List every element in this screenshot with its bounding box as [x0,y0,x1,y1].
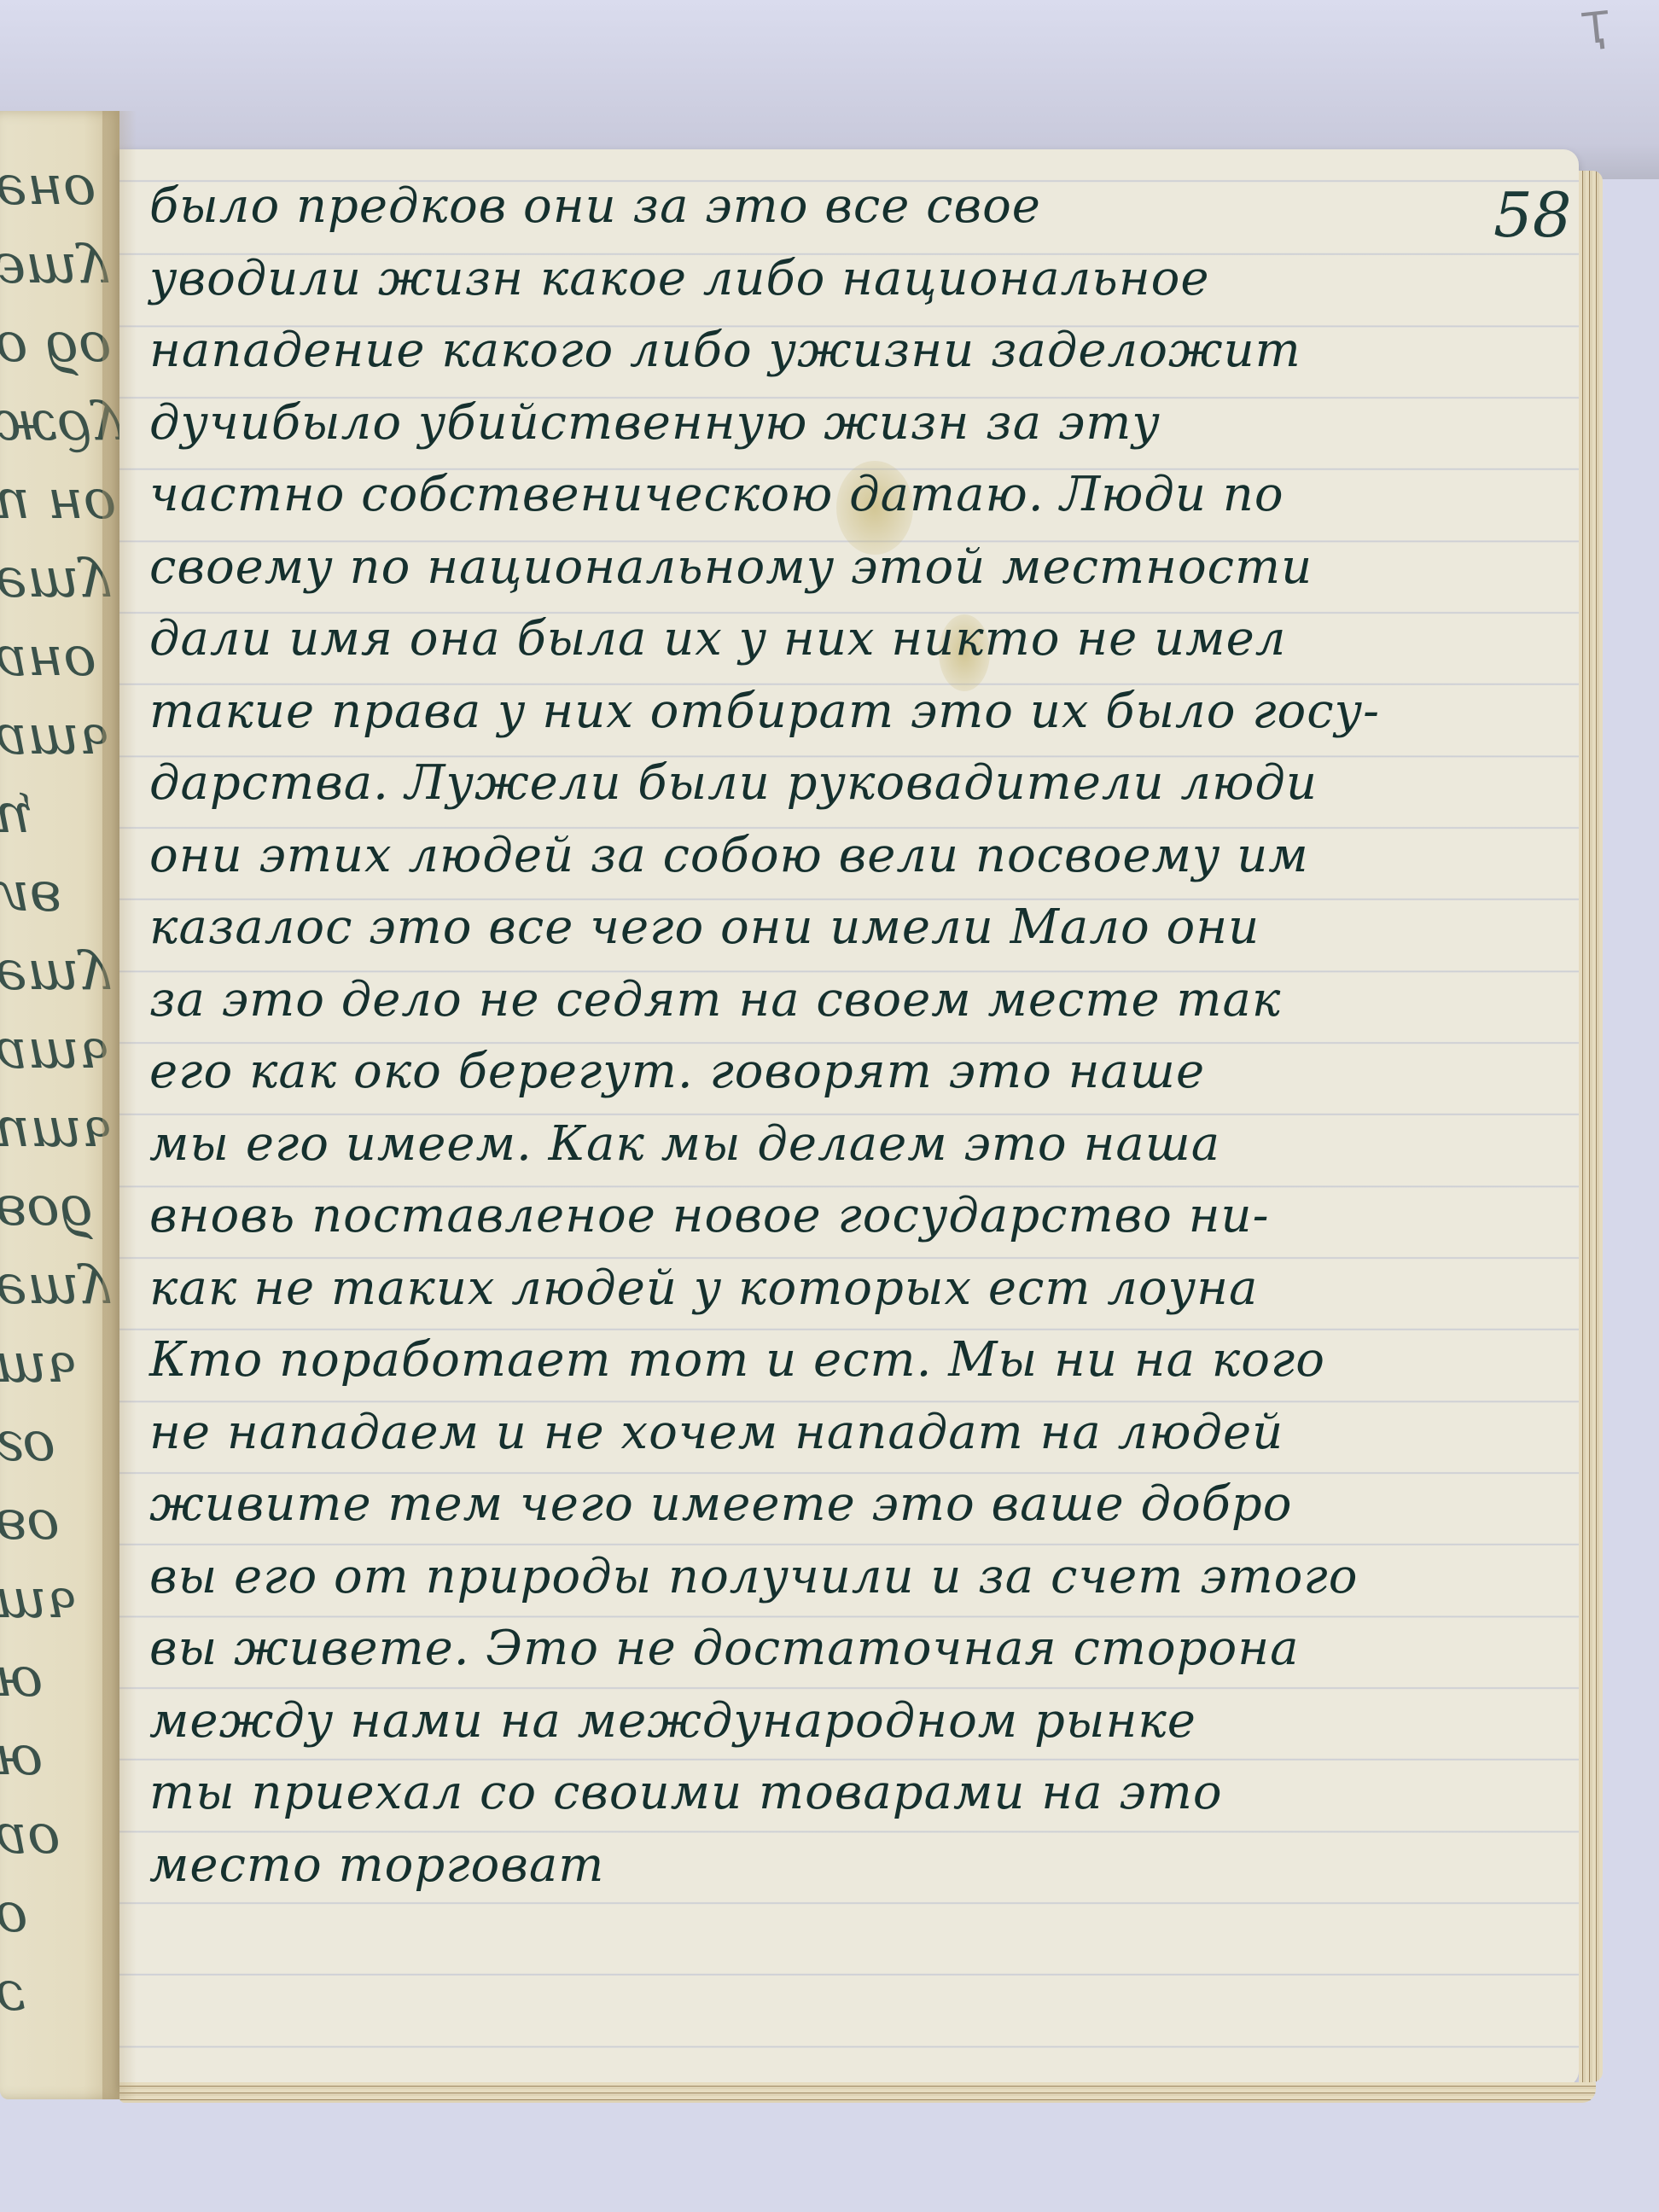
facing-page-fragment: воб [0,1183,93,1246]
handwritten-text: было предков они за это все свое уводили… [149,171,1549,1901]
facing-page-fragment: о бо [0,319,111,382]
text-line: было предков они за это все свое [149,171,1549,243]
text-line: за это дело не седят на своем месте так [149,964,1549,1037]
facing-page-fragment: ц [0,790,33,853]
facing-page-fragment: с [0,1968,26,2031]
facing-page-fragment: и но [0,476,116,539]
facing-page-fragment: ю [0,1654,43,1717]
text-line: они этих людей за собою вели посвоему им [149,820,1549,893]
pencil-mark: Ҭ [1580,3,1611,55]
facing-page-fragment: ать [0,712,109,775]
facing-page-fragment: ао [0,1811,61,1874]
facing-page-fragment: ить [0,1104,112,1167]
text-line: своему по национальному этой местности [149,532,1549,604]
facing-page-fragment: ету [0,1261,111,1324]
text-line: дарства. Лужели были руковадители люди [149,748,1549,820]
page-stack-bottom [119,2082,1596,2103]
facing-page-fragment: ю [0,1732,43,1796]
facing-page-fragment: ено [0,162,96,225]
facing-page-fragment: ть [0,1340,77,1403]
page-stack-edge [1579,171,1603,2082]
facing-page-fragment: о [0,1889,28,1953]
facing-page-fragment: ано [0,633,96,696]
spine-shadow [102,111,137,2099]
facing-page-fragment: во [0,1497,60,1560]
facing-page-fragment: ету [0,555,111,618]
text-line: не нападаем и не хочем нападат на людей [149,1397,1549,1470]
facing-page-fragment: ть [0,1575,77,1639]
facing-page-fragment: эту [0,241,109,304]
text-line: дучибыло убийственную жизн за эту [149,387,1549,460]
text-line: ты приехал со своими товарами на это [149,1757,1549,1830]
text-line: живите тем чего имеете это ваше добро [149,1469,1549,1541]
facing-page-fragment: ету [0,947,111,1010]
text-line: место торговат [149,1830,1549,1902]
text-line: вы его от природы получили и за счет это… [149,1541,1549,1614]
text-line: казалос это все чего они имели Мало они [149,892,1549,964]
text-line: нападение какого либо ужизни заделожит [149,315,1549,387]
text-line: частно собственическою датаю. Люди по [149,459,1549,532]
text-line: дали имя она была их у них никто не имел [149,603,1549,676]
text-line: такие права у них отбират это их было го… [149,676,1549,748]
text-line: вновь поставленое новое государство ни- [149,1180,1549,1253]
text-line: уводили жизн какое либо национальное [149,243,1549,316]
text-line: мы его имеем. Как мы делаем это наша [149,1109,1549,1181]
text-line: как не таких людей у которых ест лоуна [149,1253,1549,1325]
facing-page-fragment: жду [0,398,119,461]
text-line: между нами на международном рынке [149,1685,1549,1758]
text-line: Кто поработает тот и ест. Мы ни на кого [149,1324,1549,1397]
facing-page-fragment: ать [0,1026,109,1089]
facing-page-fragment: го [0,1418,55,1481]
facing-page: еноэтуо бождуи ноетуаноатьцлветуатьитьво… [0,111,119,2099]
facing-page-fragment: лв [0,869,61,932]
text-line: вы живете. Это не достаточная сторона [149,1613,1549,1685]
text-line: его как око берегут. говорят это наше [149,1036,1549,1109]
